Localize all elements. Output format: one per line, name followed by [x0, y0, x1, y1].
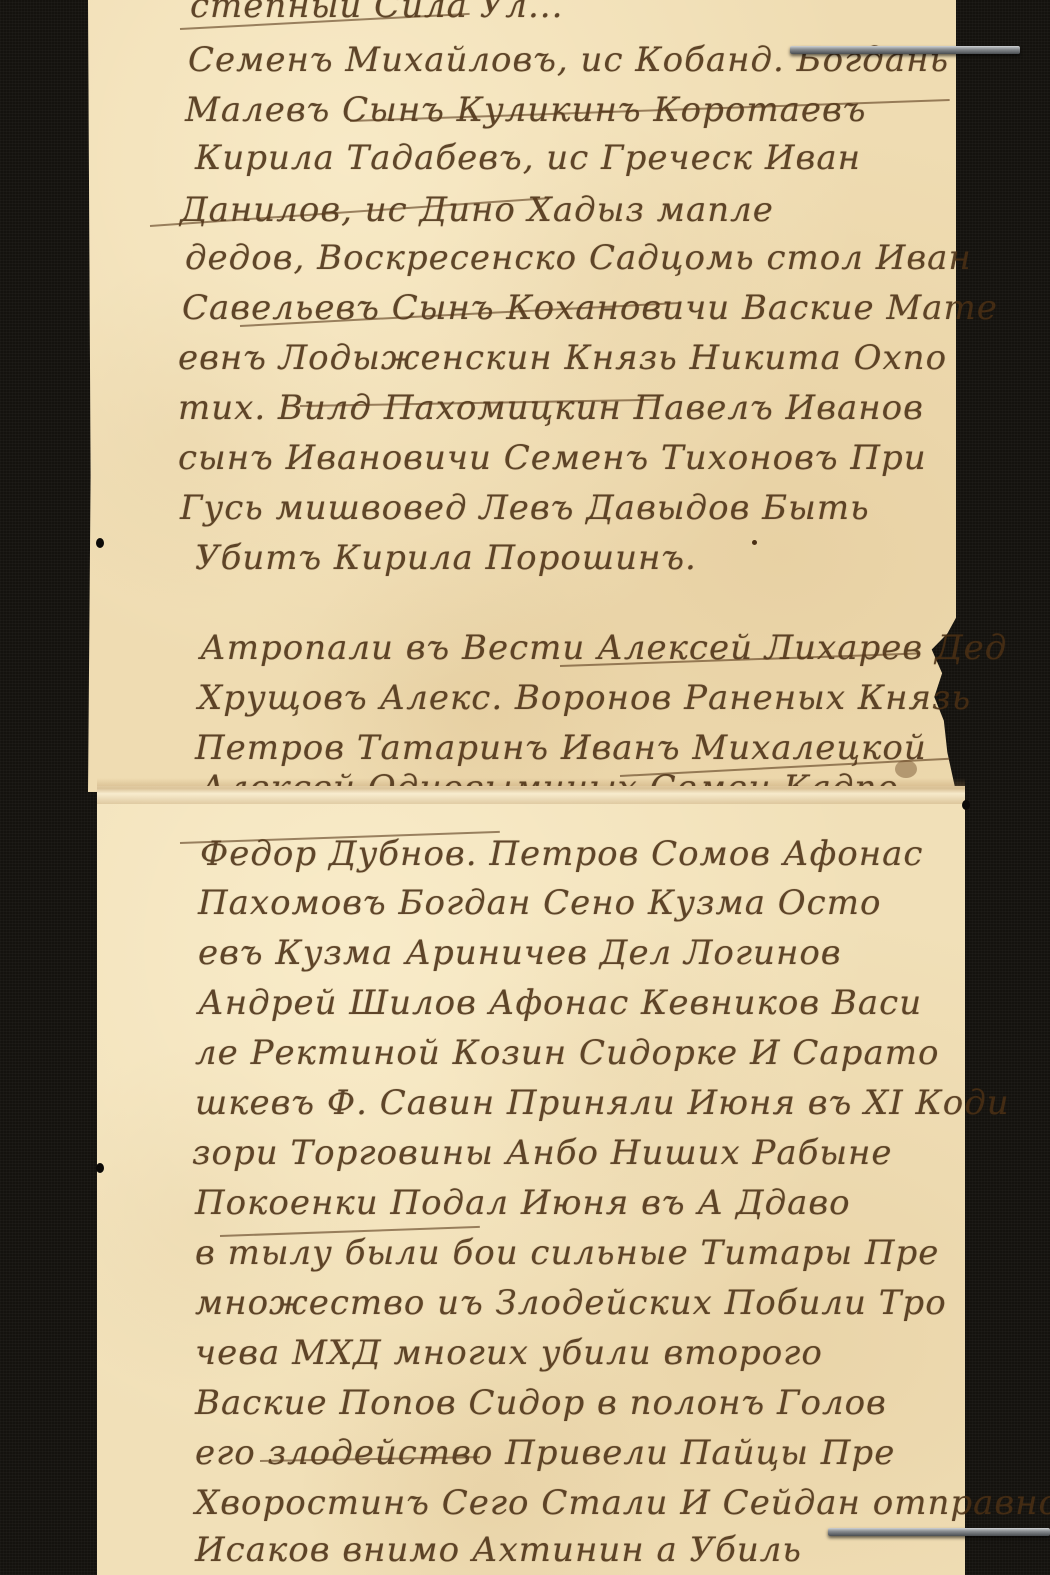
manuscript-line: множество иъ Злодейских Побили Тро	[195, 1283, 947, 1323]
manuscript-line: Пахомовъ Богдан Сено Кузма Осто	[198, 883, 881, 923]
manuscript-line: Хрущовъ Алекс. Воронов Раненых Князь	[198, 678, 971, 718]
manuscript-line: шкевъ Ф. Савин Приняли Июня въ ХI Коди	[195, 1083, 1010, 1123]
paper-hole	[962, 800, 970, 810]
manuscript-line: ле Ректиной Козин Сидорке И Сарато	[195, 1033, 939, 1073]
manuscript-line: дедов, Воскресенско Садцомь стол Иван	[185, 238, 972, 278]
manuscript-line: Данилов, ис Дино Хадыз мапле	[180, 190, 774, 230]
manuscript-line: Кирила Тадабевъ, ис Греческ Иван	[195, 138, 861, 178]
manuscript-line: тих. Вилд Пахомицкин Павелъ Иванов	[178, 388, 924, 428]
manuscript-line: Гусь мишвовед Левъ Давыдов Быть	[180, 488, 870, 528]
handwriting: степный Сила Ул... Семенъ Михайловъ, ис …	[0, 0, 1050, 1575]
manuscript-line: Покоенки Подал Июня въ А Ддаво	[195, 1183, 851, 1223]
manuscript-line: его злодейство Привели Пайцы Пре	[195, 1433, 895, 1473]
manuscript-line: Федор Дубнов. Петров Сомов Афонас	[200, 834, 923, 874]
manuscript-line: Атропали въ Вести Алексей Лихарев Дед	[200, 628, 1007, 668]
manuscript-line: Ваские Попов Сидор в полонъ Голов	[195, 1383, 887, 1423]
manuscript-line: чева МХД многих убили второго	[195, 1333, 823, 1373]
manuscript-line: Убитъ Кирила Порошинъ.	[195, 538, 697, 578]
manuscript-line: Малевъ Сынъ Куликинъ Коротаевъ	[185, 90, 866, 130]
manuscript-line: Петров Татаринъ Иванъ Михалецкой	[195, 728, 927, 768]
manuscript-line: в тылу были бои сильные Титары Пре	[195, 1233, 939, 1273]
paper-hole	[96, 1163, 104, 1173]
manuscript-line: зори Торговины Анбо Ниших Рабыне	[192, 1133, 893, 1173]
ink-stain	[895, 760, 917, 778]
manuscript-line: Исаков внимо Ахтинин а Убиль	[195, 1530, 802, 1570]
paper-hole	[96, 538, 104, 548]
manuscript-scroll: степный Сила Ул... Семенъ Михайловъ, ис …	[0, 0, 1050, 1575]
manuscript-line: сынъ Ивановичи Семенъ Тихоновъ При	[178, 438, 927, 478]
manuscript-line: Хворостинъ Сего Стали И Сейдан отправно	[195, 1483, 1050, 1523]
manuscript-line: Андрей Шилов Афонас Кевников Васи	[198, 983, 922, 1023]
manuscript-line: Алексей Одновыминых Семен Кадпо	[200, 768, 899, 808]
manuscript-line: степный Сила Ул...	[190, 0, 563, 26]
mounting-pin	[790, 46, 1020, 54]
manuscript-line: евъ Кузма Ариничев Дел Логинов	[198, 933, 842, 973]
ink-dot	[752, 540, 757, 545]
mounting-pin	[828, 1528, 1050, 1536]
manuscript-line: евнъ Лодыженскин Князь Никита Охпо	[178, 338, 947, 378]
